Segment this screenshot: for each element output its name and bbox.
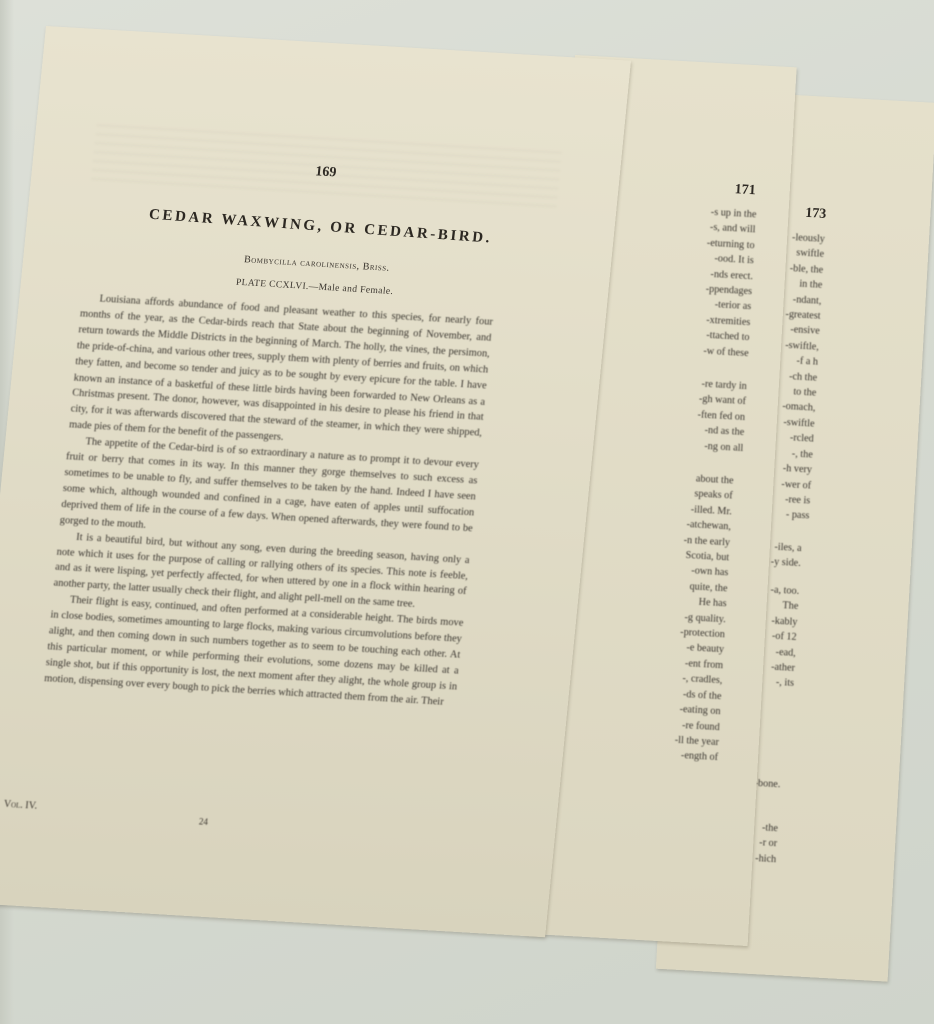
text-line: -of 12 bbox=[768, 629, 797, 646]
text-line: -ength of bbox=[671, 748, 718, 766]
text-line: -ather bbox=[766, 659, 795, 676]
text-line: -h very bbox=[776, 461, 812, 478]
text-line: -, its bbox=[765, 675, 794, 692]
text-line: -kably bbox=[768, 613, 797, 630]
text-line: -hich bbox=[755, 851, 777, 868]
text-line: -, cradles, bbox=[676, 671, 723, 689]
page-number: 171 bbox=[734, 182, 756, 199]
text-line: -w of these bbox=[700, 343, 749, 361]
text-line: -leously bbox=[789, 230, 825, 247]
text-line: - pass bbox=[774, 507, 810, 524]
text-line: -ead, bbox=[767, 644, 796, 661]
text-line: -a, too. bbox=[770, 582, 799, 599]
text-line: -omach, bbox=[780, 399, 816, 416]
text-fragment: -a, too. The -kably -of 12 -ead, -ather … bbox=[765, 582, 800, 691]
footer-signature: 24 bbox=[198, 816, 208, 826]
text-line: -wer of bbox=[776, 476, 812, 493]
text-line: -nd as the bbox=[696, 423, 744, 441]
text-line: -eating on bbox=[674, 702, 721, 720]
text-line: -ensive bbox=[784, 322, 820, 339]
page-number: 173 bbox=[805, 206, 827, 223]
text-line: Scotia, but bbox=[682, 548, 729, 566]
text-line: -swiftle, bbox=[783, 338, 819, 355]
text-line: -r or bbox=[756, 835, 778, 852]
text-fragment: about the speaks of -illed. Mr. -atchewa… bbox=[671, 471, 734, 766]
page-169: 169 CEDAR WAXWING, OR CEDAR-BIRD. Bombyc… bbox=[0, 26, 631, 937]
text-line: -y side. bbox=[770, 555, 801, 572]
text-fragment: -the -r or -hich bbox=[755, 820, 778, 867]
text-fragment: -iles, a -y side. bbox=[770, 539, 802, 571]
text-line: -bone. bbox=[754, 776, 781, 793]
text-line: -ll the year bbox=[672, 732, 719, 750]
text-line: -ng on all bbox=[695, 438, 743, 456]
paragraph: Louisiana affords abundance of food and … bbox=[68, 291, 493, 458]
footer-volume: Vol. IV. bbox=[3, 799, 37, 812]
text-line: -swiftle bbox=[779, 415, 815, 432]
text-line: -eturning to bbox=[706, 235, 755, 253]
text-line: -protection bbox=[678, 625, 725, 643]
text-fragment: -bone. bbox=[754, 776, 781, 793]
text-line: -ppendages bbox=[704, 282, 753, 300]
text-line: -the bbox=[757, 820, 779, 837]
text-fragment: -s up in the -s, and will -eturning to -… bbox=[700, 205, 756, 361]
text-fragment: -re tardy in -gh want of -ften fed on -n… bbox=[695, 376, 747, 456]
text-line: The bbox=[769, 598, 798, 615]
text-line: -ble, the bbox=[788, 261, 824, 278]
body-text: Louisiana affords abundance of food and … bbox=[43, 291, 493, 711]
text-line: -iles, a bbox=[771, 539, 802, 556]
